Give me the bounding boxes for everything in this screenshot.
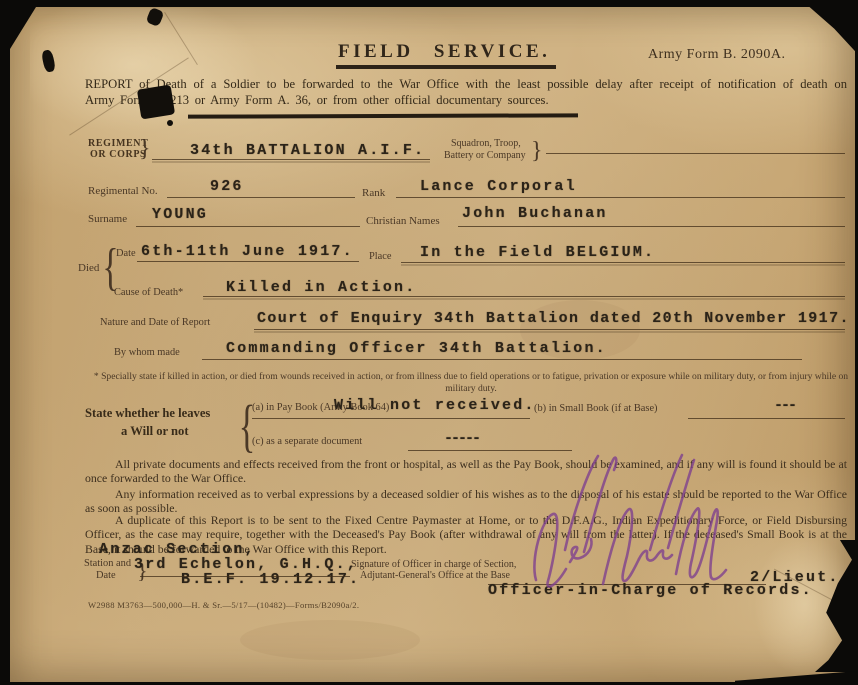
place-label: Place [369, 251, 392, 262]
date-label: Date [116, 248, 136, 259]
regiment-value: 34th BATTALION A.I.F. [190, 142, 425, 159]
date-of-death-value: 6th-11th June 1917. [141, 243, 354, 260]
surname-value: YOUNG [152, 206, 208, 223]
cause-of-death-label: Cause of Death* [114, 287, 183, 298]
stain [240, 620, 420, 660]
surname-label: Surname [88, 213, 127, 225]
died-label: Died [78, 262, 99, 274]
will-option-b-value: --- [774, 397, 795, 414]
will-option-b-label: (b) in Small Book (if at Base) [534, 403, 658, 414]
squadron-label-line2: Battery or Company [444, 150, 526, 161]
print-code: W2988 M3763—500,000—H. & Sr.—5/17—(10482… [88, 600, 359, 610]
station-label-line2: Date [96, 570, 116, 581]
squadron-label-line1: Squadron, Troop, [451, 138, 521, 149]
cause-of-death-value: Killed in Action. [226, 279, 416, 296]
regiment-label-line2: OR CORPS [90, 149, 146, 160]
brace: } [531, 138, 543, 165]
regimental-no-label: Regimental No. [88, 185, 158, 197]
ink-speck [167, 120, 173, 126]
regimental-no-value: 926 [210, 178, 244, 195]
christian-names-label: Christian Names [366, 215, 440, 227]
by-whom-made-label: By whom made [114, 347, 180, 358]
paper-hole [137, 85, 175, 120]
report-intro-paragraph: REPORT of Death of a Soldier to be forwa… [85, 76, 847, 108]
report-nature-label: Nature and Date of Report [100, 317, 210, 328]
will-label-line2: a Will or not [121, 424, 189, 439]
will-label-line1: State whether he leaves [85, 406, 210, 421]
form-number: Army Form B. 2090A. [648, 47, 785, 63]
station-value-line2: B.E.F. 19.12.17. [181, 571, 360, 588]
place-of-death-value: In the Field BELGIUM. [420, 244, 655, 261]
rank-value: Lance Corporal [420, 178, 577, 195]
report-nature-value: Court of Enquiry 34th Battalion dated 20… [257, 310, 850, 327]
brace: } [139, 136, 151, 163]
officer-signature-ink [450, 440, 850, 600]
by-whom-made-value: Commanding Officer 34th Battalion. [226, 340, 607, 357]
christian-names-value: John Buchanan [462, 205, 608, 222]
form-title: FIELD SERVICE. [336, 41, 556, 69]
will-option-c-label: (c) as a separate document [252, 436, 362, 447]
scanned-form-page: FIELD SERVICE. Army Form B. 2090A. REPOR… [0, 0, 858, 685]
will-option-a-value: Will not received. [334, 397, 536, 414]
rank-label: Rank [362, 187, 385, 199]
footnote: * Specially state if killed in action, o… [92, 371, 850, 394]
station-label-line1: Station and [84, 558, 131, 569]
